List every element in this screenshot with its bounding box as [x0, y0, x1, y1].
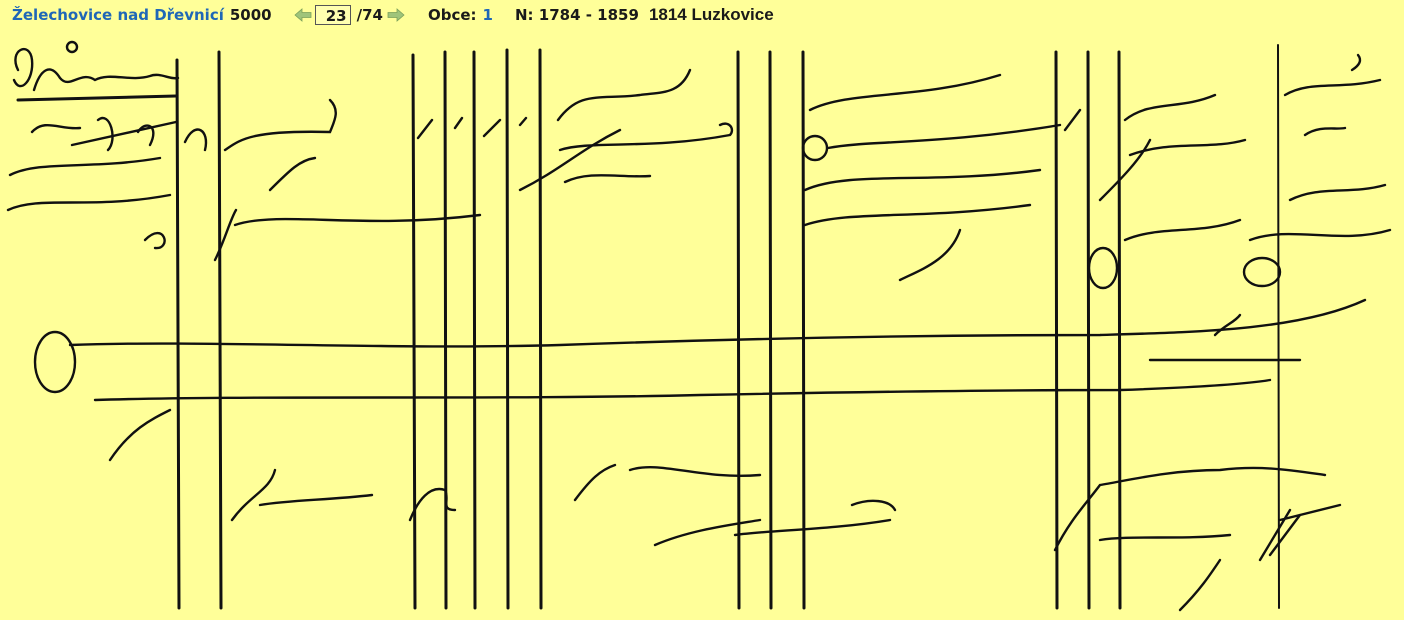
- page-total: /74: [357, 6, 383, 24]
- obce-link[interactable]: 1: [483, 6, 493, 24]
- register-code: 5000: [230, 6, 272, 24]
- obce-label: Obce:: [428, 6, 477, 24]
- arrow-left-icon: [294, 8, 312, 22]
- column-lines: [177, 45, 1279, 608]
- page-title: 1814 Luzkovice: [649, 5, 774, 25]
- register-header: Želechovice nad Dřevnicí 5000 23 /74 Obc…: [0, 0, 1404, 30]
- arrow-right-icon: [387, 8, 405, 22]
- page-number-input[interactable]: 23: [315, 5, 351, 25]
- prev-page-button[interactable]: [294, 8, 312, 22]
- handwriting-scan: [0, 30, 1404, 620]
- year-range: N: 1784 - 1859: [515, 6, 639, 24]
- parish-link[interactable]: Želechovice nad Dřevnicí: [12, 6, 224, 24]
- next-page-button[interactable]: [387, 8, 405, 22]
- scanned-register-image: [0, 30, 1404, 620]
